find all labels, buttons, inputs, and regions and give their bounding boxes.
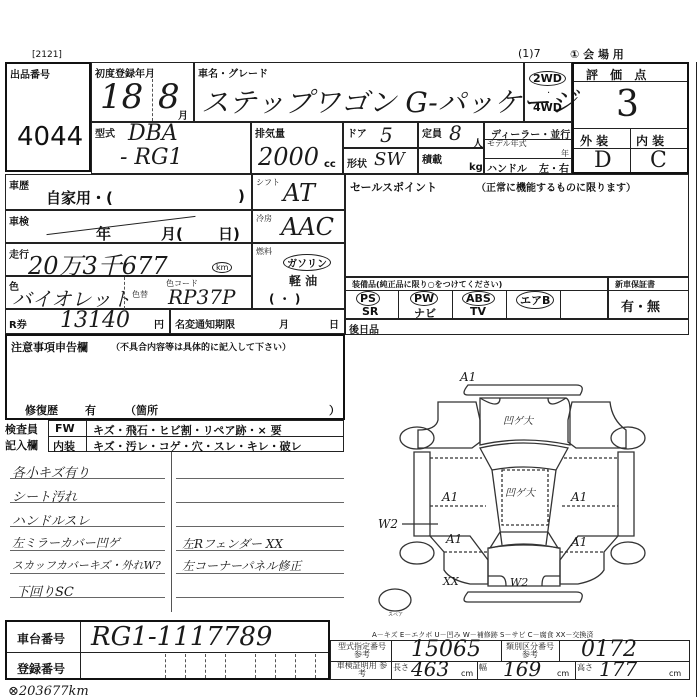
divider: [185, 654, 186, 678]
ac-label: 冷房: [256, 213, 272, 224]
doors-label: ドア: [347, 125, 367, 140]
chassis-label: 車台番号: [17, 630, 65, 647]
dealer-box: ディーラー・並行 モデル年式 年 ハンドル 左・右: [484, 122, 572, 174]
fuel-gasoline: ガソリン: [283, 254, 331, 271]
height-value: 177: [599, 657, 637, 681]
load-label: 積載: [422, 151, 442, 166]
height-label: 高さ: [577, 662, 593, 673]
cm-unit: cm: [669, 669, 681, 678]
fw-label: FW: [55, 422, 75, 435]
equipment-box: 装備品(純正品に限り○をつけてください) PS PW ABS エアB SR ナビ…: [345, 277, 608, 319]
warranty-value: 有・無: [621, 296, 660, 315]
month-unit: 月: [279, 316, 289, 331]
shift-box: シフト AT: [252, 174, 345, 210]
mark-front-bumper: A1: [460, 370, 476, 384]
notes-divider: [171, 452, 172, 612]
divider: [315, 654, 316, 678]
type-designation-label: 型式指定番号 参考: [333, 643, 391, 659]
model-box: 型式 DBA - RG1: [91, 122, 251, 174]
divider: [124, 277, 125, 309]
cc-unit: cc: [324, 159, 336, 170]
car-name-value: ステップワゴン G-パッケージ: [201, 81, 577, 121]
history-value: 自家用・(: [46, 187, 113, 208]
caution-note: （不具合内容等は具体的に記入して下さい）: [111, 340, 291, 353]
color-box: 色 バイオレット 色替 色コード RP37P: [5, 276, 252, 309]
month-unit: 月(: [161, 223, 183, 244]
caution-label: 注意事項申告欄: [11, 339, 88, 355]
divider: [452, 290, 453, 318]
inspector-box: FW キズ・飛石・ヒビ割・リペア跡・× 要 内装 キズ・汚レ・コゲ・穴・スレ・キ…: [48, 420, 344, 452]
model-label: 型式: [95, 125, 115, 140]
sales-point-label: セールスポイント: [350, 179, 437, 195]
divider: [559, 641, 560, 661]
score-box: 評 価 点 3 外 装 内 装 D C: [572, 62, 689, 174]
registration-box: 初度登録年月 18 8 月: [91, 62, 194, 122]
capacity-box: 定員 8 人: [418, 122, 484, 148]
doors-value: 5: [380, 123, 393, 147]
length-value: 463: [411, 657, 449, 681]
divider: [630, 128, 631, 172]
divider: [391, 661, 392, 679]
equip-pw: PW: [410, 291, 438, 306]
displacement-box: 排気量 2000 cc: [251, 122, 343, 174]
fw-items: キズ・飛石・ヒビ割・リペア跡・× 要: [93, 422, 282, 438]
divider: [80, 622, 81, 678]
model-year-label: モデル年式: [487, 140, 527, 148]
divider: [506, 290, 507, 318]
divider: [609, 290, 688, 291]
chassis-box: 車台番号 RG1-1117789 登録番号: [5, 620, 330, 680]
divider: [485, 158, 571, 159]
lot-number: 4044: [17, 122, 83, 152]
divider: [255, 654, 256, 678]
shape-label: 形状: [347, 155, 367, 170]
warranty-box: 新車保証書 有・無: [608, 277, 689, 319]
month-unit: 月: [178, 107, 188, 122]
mark-right-front-door: A1: [571, 490, 587, 504]
width-value: 169: [503, 657, 541, 681]
later-items-box: 後日品: [345, 319, 689, 335]
registration-year: 18: [100, 77, 143, 117]
venue-use-label: ① 会 場 用: [570, 46, 624, 62]
color-code-value: RP37P: [168, 285, 235, 309]
divider: [7, 652, 328, 653]
mark-left-side: W2: [378, 517, 398, 531]
divider: [295, 654, 296, 678]
plate-label: 登録番号: [17, 660, 65, 677]
shape-box: 形状 SW: [343, 148, 418, 174]
ac-box: 冷房 AAC: [252, 210, 345, 243]
fuel-box: 燃料 ガソリン 軽 油 ( ・ ): [252, 243, 345, 309]
divider: [391, 641, 392, 661]
divider: [560, 290, 561, 318]
spare-label: スペア: [388, 611, 403, 618]
interior-label: 内 装: [636, 132, 664, 149]
fuel-other: ( ・ ): [269, 290, 300, 307]
note-line: 左コーナーパネル修正: [182, 557, 301, 574]
length-label: 長さ: [393, 662, 409, 673]
interior-inspect-label: 内装: [53, 438, 75, 454]
caution-box: 注意事項申告欄 （不具合内容等は具体的に記入して下さい） 修復歴 有 （箇所 ）: [5, 334, 345, 420]
interior-items: キズ・汚レ・コゲ・穴・スレ・キレ・破レ: [93, 438, 302, 454]
equip-sr: SR: [362, 305, 378, 318]
capacity-value: 8: [449, 121, 462, 145]
footer-mileage-note: ⊗203677km: [8, 684, 89, 699]
mark-left-rear-door: A1: [446, 532, 462, 546]
exterior-label: 外 装: [580, 132, 608, 149]
registration-month: 8: [158, 77, 180, 117]
mark-roof: 凹ゲ大: [505, 484, 535, 499]
shift-value: AT: [283, 179, 315, 207]
repair-place-close: ）: [329, 402, 340, 418]
displacement-value: 2000: [258, 143, 319, 171]
mark-left-front-door: A1: [442, 490, 458, 504]
drive-4wd: 4WD: [533, 101, 562, 114]
history-box: 車歴 自家用・( ): [5, 174, 252, 210]
ac-value: AAC: [281, 213, 334, 241]
lot-number-box: 出品番号 4044: [5, 62, 91, 172]
mileage-box: 走行 20万3千677 km: [5, 243, 252, 276]
lot-label: 出品番号: [10, 66, 50, 81]
yen-unit: 円: [154, 316, 164, 331]
divider: [275, 654, 276, 678]
day-unit: 日): [218, 223, 240, 244]
mark-hood: 凹ゲ大: [503, 412, 533, 427]
km-unit: km: [212, 262, 232, 273]
model-line1: DBA: [128, 121, 178, 146]
divider: [225, 654, 226, 678]
mark-left-rear-fender: XX: [443, 575, 459, 588]
divider: [501, 641, 502, 661]
sales-point-note: （正常に機能するものに限ります）: [476, 179, 636, 194]
dot: ·: [547, 88, 550, 99]
divider: [152, 79, 153, 121]
shaken-label: 車検: [9, 213, 29, 228]
shift-label: シフト: [256, 177, 280, 188]
divider: [574, 81, 687, 82]
chassis-number: RG1-1117789: [91, 622, 272, 652]
shape-value: SW: [374, 149, 405, 170]
entry-column-label: 記入欄: [5, 437, 38, 453]
repair-history-value: 有: [85, 402, 96, 418]
sales-point-box: セールスポイント （正常に機能するものに限ります）: [345, 174, 689, 277]
car-name-label: 車名・グレード: [198, 65, 268, 80]
equipment-label: 装備品(純正品に限り○をつけてください): [352, 279, 502, 290]
history-label: 車歴: [9, 177, 29, 192]
displacement-label: 排気量: [255, 125, 285, 140]
color-change-label: 色替: [132, 289, 148, 300]
recycle-box: R券 13140 円: [5, 309, 170, 334]
form-code: [2121]: [32, 50, 62, 60]
top-right-mark: (1)7: [518, 47, 541, 60]
score-value: 3: [616, 84, 639, 125]
mark-right-rear-door: A1: [571, 535, 587, 549]
divider: [205, 654, 206, 678]
fuel-label: 燃料: [256, 246, 272, 257]
mark-rear: W2: [510, 576, 528, 589]
doors-box: ドア 5: [343, 122, 418, 148]
width-label: 幅: [479, 662, 487, 673]
equip-airbag: エアB: [516, 291, 554, 309]
later-items-label: 後日品: [349, 321, 379, 336]
handle-options: 左・右: [539, 160, 569, 175]
damage-legend: A－キズ E－エクボ U－凹み W－補修跡 S－サビ C－腐食 XX－交換済: [372, 630, 593, 640]
cm-unit: cm: [557, 669, 569, 678]
exterior-grade: D: [594, 148, 612, 173]
divider: [86, 421, 87, 451]
warranty-label: 新車保証書: [615, 279, 655, 290]
recycle-label: R券: [9, 316, 27, 331]
repair-history-label: 修復歴: [25, 402, 58, 418]
divider: [574, 148, 687, 149]
kg-unit: kg: [469, 162, 483, 173]
fuel-diesel: 軽 油: [289, 272, 317, 289]
equip-abs: ABS: [462, 291, 495, 306]
equip-tv: TV: [470, 305, 486, 318]
cm-unit: cm: [461, 669, 473, 678]
divider: [398, 290, 399, 318]
note-line: スカッフカバーキズ・外れW?: [12, 557, 161, 573]
note-line: 左ミラーカバー凹ゲ: [12, 534, 120, 551]
divider: [575, 661, 576, 679]
inspector-label: 検査員: [5, 421, 38, 437]
name-change-box: 名変通知期限 月 日: [170, 309, 345, 334]
recycle-value: 13140: [60, 308, 130, 333]
divider: [165, 654, 166, 678]
car-name-box: 車名・グレード ステップワゴン G-パッケージ: [194, 62, 524, 122]
capacity-label: 定員: [422, 125, 442, 140]
history-close: ): [238, 187, 245, 205]
interior-grade: C: [650, 148, 667, 173]
drive-2wd: 2WD: [529, 71, 566, 86]
dimensions-label: 車検証明用 参考: [333, 662, 391, 678]
spec-box: 型式指定番号 参考 15065 類別区分番号 参考 0172 車検証明用 参考 …: [330, 640, 690, 680]
model-line2: - RG1: [120, 145, 183, 170]
shaken-box: 車検 年 月( 日): [5, 210, 252, 243]
name-change-label: 名変通知期限: [175, 316, 235, 331]
repair-place-label: （箇所: [125, 402, 158, 418]
handle-label: ハンドル: [487, 160, 527, 175]
divider: [477, 661, 478, 679]
drive-box: 2WD · 4WD: [524, 62, 572, 122]
day-unit: 日: [329, 316, 339, 331]
mileage-label: 走行: [9, 246, 29, 261]
equip-ps: PS: [356, 291, 380, 306]
load-box: 積載 kg: [418, 148, 484, 174]
